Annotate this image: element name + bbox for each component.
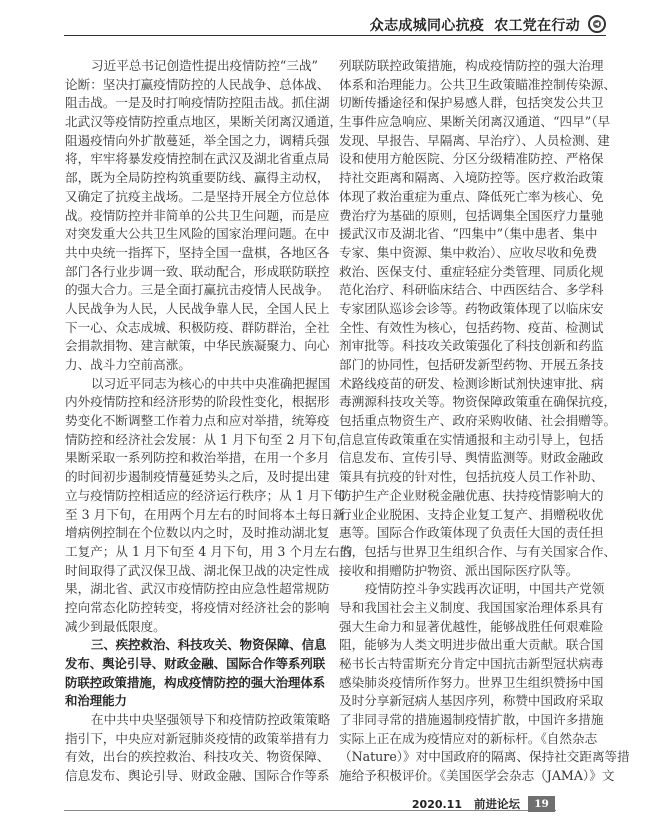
body-text-line: 果断采取一系列防控和救治举措，在用一个多月 [65,449,311,468]
body-text-line: 减少到最低限度。 [65,618,311,637]
body-text-line: 对突发重大公共卫生风险的国家治理问题。在中 [65,225,311,244]
header-title-part2: 农工党在行动 [494,18,580,34]
body-text-line: 费治疗为基础的原则，包括调集全国医疗力量驰 [339,207,587,226]
body-text-line: 又确定了抗疫主战场。二是坚持开展全方位总体 [65,188,311,207]
body-text-line: 施给予积极评价。《美国医学会杂志（JAMA）》文 [339,767,587,786]
body-text-line: 当，包括与世界卫生组织合作、与有关国家合作、 [339,543,587,562]
body-text-line: 内外疫情防控和经济形势的阶段性变化，根据形 [65,393,311,412]
body-text-line: 果，湖北省、武汉市疫情防控由应急性超常规防 [65,580,311,599]
body-text-line: 指引下，中央应对新冠肺炎疫情的政策举措有力 [65,730,311,749]
body-text-line: 体现了救治重症为重点、降低死亡率为核心、免 [339,188,587,207]
body-text-line: 立与疫情防控相适应的经济运行秩序；从 1 月下旬 [65,487,311,506]
body-text-line: 全性、有效性为核心，包括药物、疫苗、检测试 [339,319,587,338]
body-text-line: 力、战斗力空前高涨。 [65,356,311,375]
body-text-line: 疫情防控斗争实践再次证明，中国共产党领 [339,580,587,599]
body-text-line: 毒溯源科技攻关等。物资保障政策重在确保抗疫， [339,393,587,412]
body-text-line: 术路线疫苗的研发、检测诊断试剂快速审批、病 [339,375,587,394]
body-text-line: 信息发布、宣传引导、舆情监测等。财政金融政 [339,449,587,468]
left-column: 习近平总书记创造性提出疫情防控“三战”论断：坚决打赢疫情防控的人民战争、总体战、… [65,57,311,786]
body-text-line: 范化治疗、科研临床结合、中西医结合、多学科 [339,281,587,300]
body-text-line: 阻，能够为人类文明进步做出重大贡献。联合国 [339,636,587,655]
body-text-line: 有效，出台的疾控救治、科技攻关、物资保障、 [65,748,311,767]
body-text-line: 专家、集中资源、集中救治）、应收尽收和免费 [339,244,587,263]
section-heading-line: 三、疾控救治、科技攻关、物资保障、信息 [65,636,311,655]
body-text-line: 强大生命力和显著优越性，能够战胜任何艰难险 [339,618,587,637]
body-text-line: 下一心、众志成城、积极防疫、群防群治，全社 [65,319,311,338]
body-text-line: 列联防联控政策措施，构成疫情防控的强大治理 [339,57,587,76]
page-number-badge: 19 [528,796,555,812]
body-text-line: 秘书长古特雷斯充分肯定中国抗击新型冠状病毒 [339,655,587,674]
body-text-line: 将，牢牢将暴发疫情控制在武汉及湖北省重点局 [65,150,311,169]
body-text-line: 专家团队巡诊会诊等。药物政策体现了以临床安 [339,300,587,319]
running-header: 众志成城同心抗疫农工党在行动 [64,14,606,36]
body-text-line: 接收和捐赠防护物资、派出国际医疗队等。 [339,562,587,581]
body-text-line: 剂审批等。科技攻关政策强化了科技创新和药监 [339,337,587,356]
body-text-line: 时间取得了武汉保卫战、湖北保卫战的决定性成 [65,562,311,581]
body-text-line: 阻击战。一是及时打响疫情防控阻击战。抓住湖 [65,94,311,113]
body-text-line: 导和我国社会主义制度、我国国家治理体系具有 [339,599,587,618]
body-text-line: 阻遏疫情向外扩散蔓延，举全国之力，调精兵强 [65,132,311,151]
body-text-line: 及时分享新冠病人基因序列，称赞中国政府采取 [339,692,587,711]
body-text-line: 的强大合力。三是全面打赢抗击疫情人民战争。 [65,281,311,300]
body-text-line: 会捐款捐物、建言献策，中华民族凝聚力、向心 [65,337,311,356]
body-text-line: 生事件应急响应、果断关闭离汉通道、“四早”（早 [339,113,587,132]
body-text-line: 行业企业脱困、支持企业复工复产、捐赠税收优 [339,506,587,525]
body-text-line: 防护生产企业财税金融优惠、扶持疫情影响大的 [339,487,587,506]
body-text-line: 在中共中央坚强领导下和疫情防控政策策略 [65,711,311,730]
body-text-line: 战。疫情防控并非简单的公共卫生问题，而是应 [65,207,311,226]
body-text-line: （Nature）》对中国政府的隔离、保持社交距离等措 [339,748,587,767]
body-text-line: 部门的协同性，包括研发新型药物、开展五条技 [339,356,587,375]
body-text-line: 至 3 月下旬，在用两个月左右的时间将本土每日新 [65,506,311,525]
body-text-line: 信息宣传政策重在实情通报和主动引导上，包括 [339,431,587,450]
body-text-line: 人民战争为人民，人民战争靠人民，全国人民上 [65,300,311,319]
body-text-line: 包括重点物资生产、政府采购收储、社会捐赠等。 [339,412,587,431]
body-text-line: 设和使用方舱医院、分区分级精准防控、严格保 [339,150,587,169]
body-text-line: 势变化不断调整工作着力点和应对举措，统筹疫 [65,412,311,431]
body-text-line: 部，既为全局防控构筑重要防线、赢得主动权， [65,169,311,188]
body-text-line: 了非同寻常的措施遏制疫情扩散，中国许多措施 [339,711,587,730]
magazine-name: 前进论坛 [474,796,520,812]
body-text-line: 援武汉市及湖北省、“四集中”（集中患者、集中 [339,225,587,244]
body-text-line: 信息发布、舆论引导、财政金融、国际合作等系 [65,767,311,786]
header-title: 众志成城同心抗疫农工党在行动 [370,15,580,35]
body-text-line: 以习近平同志为核心的中共中央准确把握国 [65,375,311,394]
body-text-line: 控向常态化防控转变，将疫情对经济社会的影响 [65,599,311,618]
body-text-line: 策具有抗疫的针对性，包括抗疫人员工作补助、 [339,468,587,487]
body-text-line: 习近平总书记创造性提出疫情防控“三战” [65,57,311,76]
body-text-line: 实际上正在成为疫情应对的新标杆。《自然杂志 [339,730,587,749]
body-text-line: 救治、医保支付、重症轻症分类管理、同质化规 [339,263,587,282]
body-text-line: 感染肺炎疫情所作努力。世界卫生组织赞扬中国 [339,674,587,693]
issue-date: 2020.11 [412,798,462,811]
section-heading-line: 发布、舆论引导、财政金融、国际合作等系列联 [65,655,311,674]
section-heading-line: 防联控政策措施，构成疫情防控的强大治理体系 [65,674,311,693]
header-title-part1: 众志成城同心抗疫 [370,18,484,34]
body-text-line: 惠等。国际合作政策体现了负责任大国的责任担 [339,524,587,543]
right-column: 列联防联控政策措施，构成疫情防控的强大治理体系和治理能力。公共卫生政策瞄准控制传… [339,57,587,786]
page-footer: 2020.11 前进论坛 19 [412,795,555,813]
body-text-line: 北武汉等疫情防控重点地区，果断关闭离汉通道， [65,113,311,132]
body-text-line: 部门各行业步调一致、联动配合，形成联防联控 [65,263,311,282]
body-text-line: 增病例控制在个位数以内之时，及时推动湖北复 [65,524,311,543]
body-text-line: 工复产；从 1 月下旬至 4 月下旬，用 3 个月左右的 [65,543,311,562]
body-text-line: 共中央统一指挥下，坚持全国一盘棋，各地区各 [65,244,311,263]
body-text-line: 切断传播途径和保护易感人群，包括突发公共卫 [339,94,587,113]
body-text-line: 体系和治理能力。公共卫生政策瞄准控制传染源、 [339,76,587,95]
circled-arrow-left-icon [588,15,606,33]
body-text-line: 持社交距离和隔离、入境防控等。医疗救治政策 [339,169,587,188]
section-heading-line: 和治理能力 [65,692,311,711]
body-text-line: 情防控和经济社会发展：从 1 月下旬至 2 月下旬， [65,431,311,450]
body-text-line: 论断：坚决打赢疫情防控的人民战争、总体战、 [65,76,311,95]
body-text-line: 发现、早报告、早隔离、早治疗）、人员检测、建 [339,132,587,151]
body-text-line: 的时间初步遏制疫情蔓延势头之后，及时提出建 [65,468,311,487]
